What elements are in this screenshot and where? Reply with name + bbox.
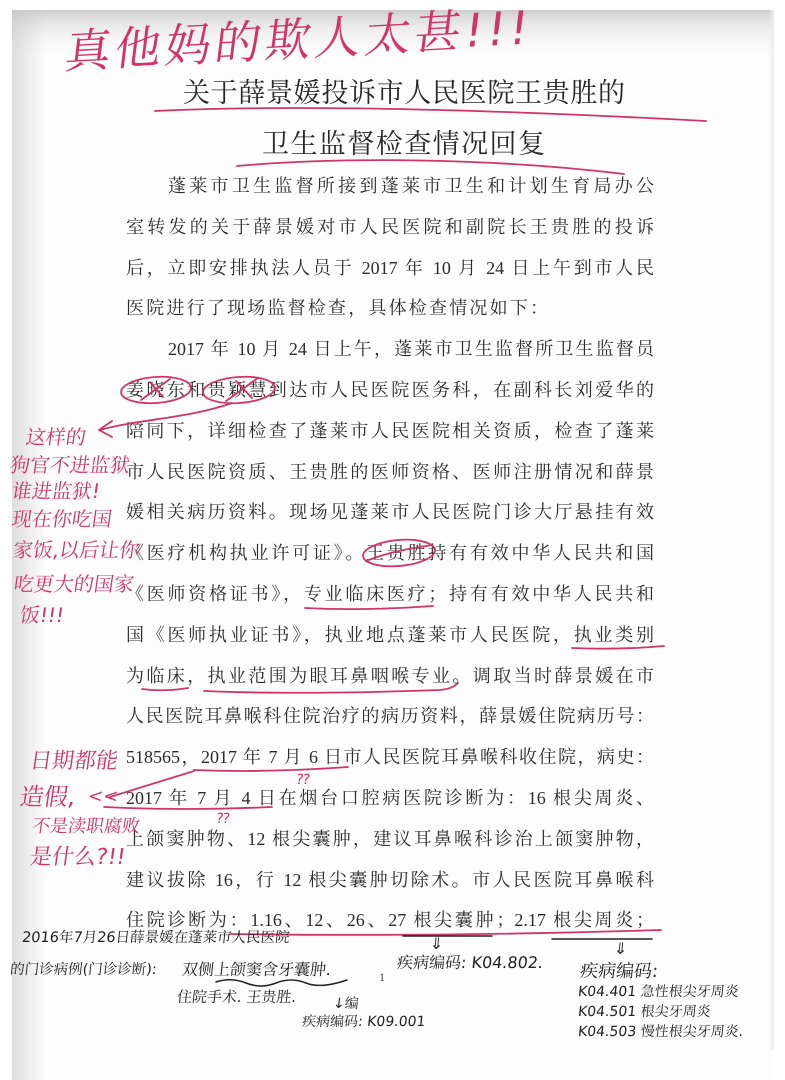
double-arrow-icon: << (86, 784, 120, 810)
margin-note-line: 吃更大的国家 (12, 571, 136, 597)
disease-code-cyst: 疾病编码: K04.802. (396, 953, 544, 973)
document-title-line-1: 关于薛景媛投诉市人民医院王贵胜的 (183, 77, 625, 111)
margin-note-line: 日期都能 (28, 749, 120, 775)
margin-note-line: 谁进监狱! (10, 478, 102, 504)
margin-note-line: 造假, (18, 784, 77, 810)
disease-code-item: K04.501 根尖牙周炎 (577, 1002, 712, 1022)
body-line: 蓬莱市卫生监督所接到蓬莱市卫生和计划生育局办公 (168, 173, 654, 199)
body-line: 《医疗机构执业许可证》。王贵胜持有有效中华人民共和国 (126, 540, 654, 566)
down-arrow-icon: ↓编 (332, 994, 360, 1014)
margin-note-line: 现在你吃国 (10, 506, 114, 532)
disease-code-outpatient: 疾病编码: K09.001 (301, 1012, 426, 1032)
body-line: 媛相关病历资料。现场见蓬莱市人民医院门诊大厅悬挂有效 (126, 499, 654, 525)
body-line: 为临床，执业范围为眼耳鼻咽喉专业。调取当时薛景媛在市 (126, 663, 654, 689)
outpatient-note-line: 的门诊病例(门诊诊断): (9, 960, 158, 980)
disease-code-label: 疾病编码: (579, 962, 659, 982)
body-line: 2017 年 10 月 24 日上午，蓬莱市卫生监督所卫生监督员 (168, 336, 654, 362)
question-marks: ?? (215, 811, 230, 827)
page-number: 1 (379, 969, 385, 985)
body-line: 《医师资格证书》，专业临床医疗；持有有效中华人民共和 (126, 581, 654, 607)
body-line: 人民医院耳鼻喉科住院治疗的病历资料，薛景媛住院病历号： (126, 703, 654, 729)
document-title-line-2: 卫生监督检查情况回复 (262, 128, 545, 162)
disease-code-item: K04.401 急性根尖牙周炎 (577, 982, 740, 1002)
margin-note-line: 家饭,以后让你 (11, 537, 141, 563)
margin-note-line: 狗官不进监狱 (8, 452, 132, 478)
document-scan: 关于薛景媛投诉市人民医院王贵胜的 卫生监督检查情况回复 蓬莱市卫生监督所接到蓬莱… (0, 0, 785, 1080)
body-line: 姜晓东和贵颖慧到达市人民医院医务科，在副科长刘爱华的 (126, 377, 654, 403)
body-line: 室转发的关于薛景媛对市人民医院和副院长王贵胜的投诉 (126, 214, 654, 240)
body-line: 建议拔除 16，行 12 根尖囊肿切除术。市人民医院耳鼻喉科 (126, 867, 654, 893)
paper-right-edge (768, 10, 774, 1050)
body-line: 2017 年 7 月 4 日在烟台口腔病医院诊断为：16 根尖周炎、 (126, 785, 654, 811)
outpatient-note-line: 2016年7月26日薛景媛在蓬莱市人民医院 (21, 928, 291, 948)
outpatient-note-line: 住院手术. 王贵胜. (176, 987, 297, 1007)
body-line: 陪同下，详细检查了蓬莱市人民医院相关资质，检查了蓬莱 (126, 418, 654, 444)
body-line: 国《医师执业证书》，执业地点蓬莱市人民医院，执业类别 (126, 622, 654, 648)
body-line: 市人民医院资质、王贵胜的医师资格、医师注册情况和薛景 (126, 459, 654, 485)
margin-note-line: 这样的 (24, 424, 88, 450)
margin-note-line: 饭!!! (18, 602, 66, 628)
body-line: 医院进行了现场监督检查，具体检查情况如下： (126, 295, 654, 321)
body-line: 上颌窦肿物、12 根尖囊肿，建议耳鼻喉科诊治上颌窦肿物， (126, 826, 654, 852)
double-down-arrow-icon: ⇓ (613, 939, 629, 959)
outpatient-diagnosis: 双侧上颌窦含牙囊肿. (181, 960, 332, 980)
disease-code-item: K04.503 慢性根尖牙周炎. (577, 1022, 744, 1042)
body-line: 后，立即安排执法人员于 2017 年 10 月 24 日上午到市人民 (126, 255, 654, 281)
margin-note-line: 是什么?!! (28, 845, 127, 871)
body-line: 518565，2017 年 7 月 6 日市人民医院耳鼻喉科收住院，病史： (126, 744, 654, 770)
margin-note-line: 不是渎职腐败 (30, 814, 142, 840)
double-down-arrow-icon: ⇓ (429, 934, 445, 954)
question-marks: ?? (295, 772, 310, 788)
